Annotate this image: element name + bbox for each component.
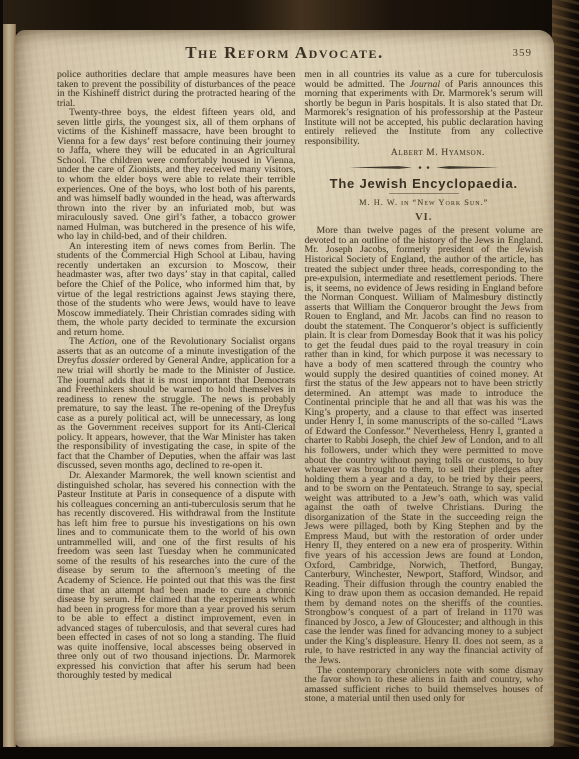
author-signature: Albert M. Hyamson.: [305, 147, 544, 158]
heading-rule: [389, 193, 459, 194]
left-column: police authorities declare that ample me…: [57, 70, 296, 704]
paragraph: The contemporary chroniclers note with s…: [305, 666, 544, 704]
scanned-page: The Reform Advocate. 359 police authorit…: [15, 30, 554, 747]
paragraph: More than twelve pages of the present vo…: [305, 226, 544, 665]
paragraph: Twenty-three boys, the eldest fifteen ye…: [57, 108, 296, 242]
text-columns: police authorities declare that ample me…: [15, 70, 554, 704]
scan-bottom-shadow: [0, 747, 579, 759]
paragraph: men in all countries its value as a cure…: [305, 70, 544, 146]
section-divider-ornament-icon: [349, 163, 499, 172]
section-number: VI.: [305, 212, 544, 223]
journal-title: The Reform Advocate.: [15, 43, 554, 63]
article-heading: The Jewish Encyclopaedia.: [305, 176, 544, 191]
paragraph: police authorities declare that ample me…: [57, 70, 296, 108]
paragraph: Dr. Alexander Marmorek, the well known s…: [57, 471, 296, 681]
right-column: men in all countries its value as a cure…: [305, 70, 544, 704]
paragraph: The Action, one of the Revolutionary Soc…: [57, 337, 296, 471]
book-cover-top-edge: [0, 0, 579, 32]
book-cover-right-edge: [552, 0, 579, 759]
page-number: 359: [513, 47, 533, 59]
paragraph: An interesting item of news comes from B…: [57, 242, 296, 337]
article-byline: M. H. W. in “New York Sun.”: [305, 198, 544, 207]
masthead: The Reform Advocate. 359: [15, 30, 554, 70]
